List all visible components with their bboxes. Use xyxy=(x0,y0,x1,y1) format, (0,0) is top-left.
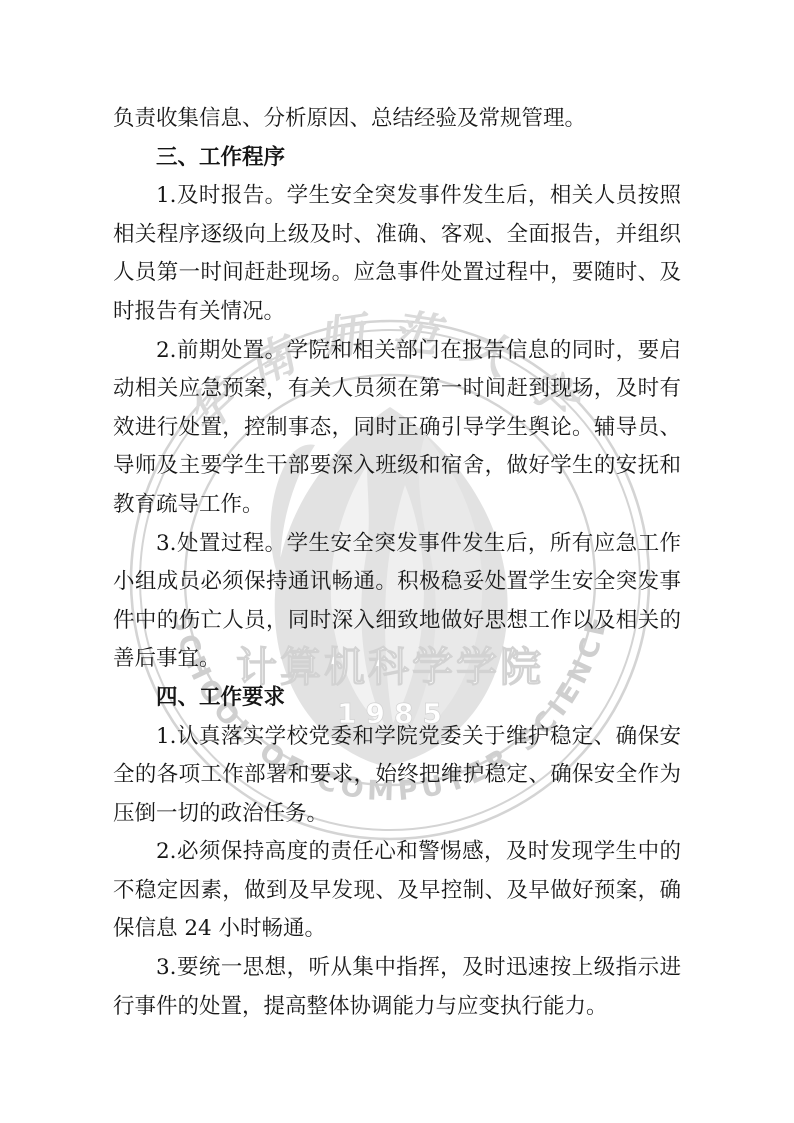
section-heading-work-procedure: 三、工作程序 xyxy=(113,139,681,178)
paragraph-timely-report: 1.及时报告。学生安全突发事件发生后，相关人员按照相关程序逐级向上级及时、准确、… xyxy=(113,177,681,331)
section-heading-work-requirements: 四、工作要求 xyxy=(113,679,681,718)
paragraph-requirement-1: 1.认真落实学校党委和学院党委关于维护稳定、确保安全的各项工作部署和要求，始终把… xyxy=(113,718,681,834)
paragraph-requirement-2: 2.必须保持高度的责任心和警惕感，及时发现学生中的不稳定因素，做到及早发现、及早… xyxy=(113,833,681,949)
paragraph-continuation: 负责收集信息、分析原因、总结经验及常规管理。 xyxy=(113,100,681,139)
paragraph-disposal-process: 3.处置过程。学生安全突发事件发生后，所有应急工作小组成员必须保持通讯畅通。积极… xyxy=(113,525,681,679)
paragraph-requirement-3: 3.要统一思想，听从集中指挥，及时迅速按上级指示进行事件的处置，提高整体协调能力… xyxy=(113,949,681,1026)
document-page: 华南师范大学 SCHOOL OF COMPUTER SCIENCE 计算机科学学… xyxy=(0,0,794,1123)
document-content: 负责收集信息、分析原因、总结经验及常规管理。 三、工作程序 1.及时报告。学生安… xyxy=(113,100,681,1026)
paragraph-early-disposal: 2.前期处置。学院和相关部门在报告信息的同时，要启动相关应急预案，有关人员须在第… xyxy=(113,332,681,525)
